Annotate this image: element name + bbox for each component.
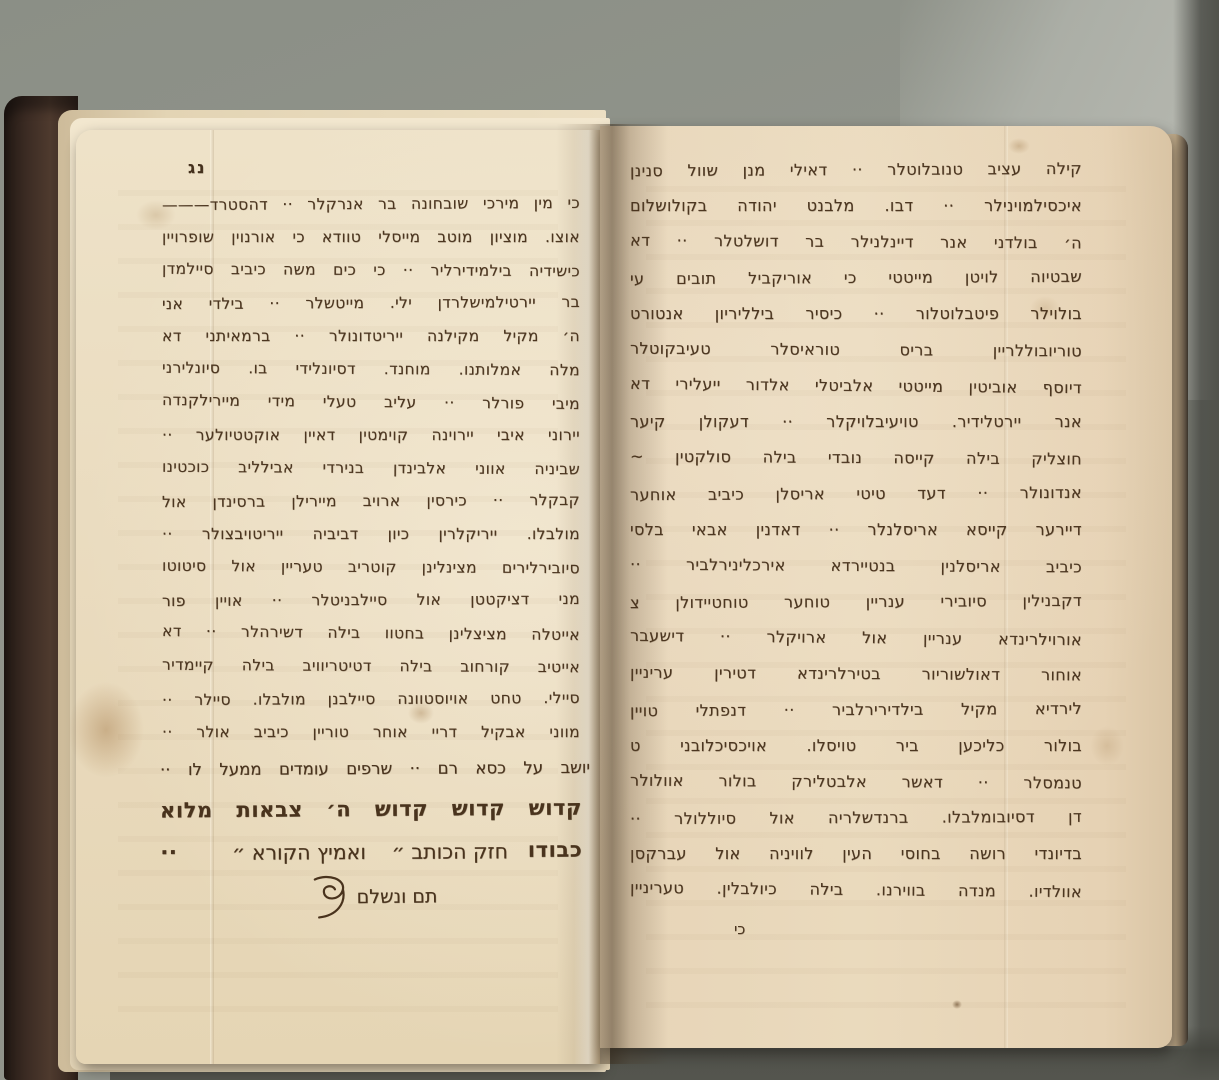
left-page-text-block: כי מין מירכי שובחונה בר אנרקלר ·· דהסטרד… <box>162 188 580 749</box>
stain <box>1090 726 1124 766</box>
catchword: כי <box>734 920 745 938</box>
manuscript-line: מלה אמלותנו. מוחנד. דסיונלידי בו. סיונלי… <box>162 352 580 388</box>
isaiah-verse-line: יושב על כסא רם ·· שרפים עומדים ממעל לו ·… <box>160 751 590 787</box>
right-page: קילה עציב טנובלוטלר ·· דאילי מנן שוול סנ… <box>600 126 1172 1048</box>
manuscript-line: דקבנילין סיובירי ענריין טוחער טוחטיידולן… <box>630 583 1082 621</box>
manuscript-line: אנר יירטלידיר. טויעיבלויקלר ·· דעקולן קי… <box>630 404 1082 440</box>
manuscript-line: אייטלה מציצלינן בחטוו בילה דשירהלר ·· דא <box>162 615 580 652</box>
manuscript-line: אוולדיו. מנדה בווירנו. בילה כיולבלין. טע… <box>630 870 1082 910</box>
colophon-tam-venishlam: תם ונשלם <box>254 871 490 923</box>
scribal-flourish-icon <box>306 873 350 921</box>
manuscript-line: מני דציקטטן אול סיילבניטלר ·· אויין פור <box>162 583 580 618</box>
colophon-chazak-left: ואמיץ הקורא ״ <box>232 832 366 873</box>
manuscript-line: טוריובוללריין בריס טוראיסלר טעיבקוטלר <box>630 331 1082 370</box>
manuscript-line: אנדונולר ·· דעד טיטי אריסלן כיביב אוחער <box>630 475 1082 513</box>
manuscript-line: בולור כליכען ביר טויסלו. אויכסיכלובני ט <box>630 728 1082 764</box>
manuscript-line: דן דסיובומלבלו. ברנדשלריה אול סיוללולר ·… <box>630 799 1082 837</box>
manuscript-line: ה׳ בולדני אנר דיינלנילר בר דושלטלר ·· דא <box>630 223 1082 262</box>
kedusha-verse-line: קדוש קדוש קדוש ה׳ צבאות מלוא כבודו ·· <box>160 787 582 832</box>
manuscript-line: מווני אבקיל דריי אוחר טוריין כיביב אולר … <box>162 716 580 749</box>
manuscript-line: כיביב אריסלנין בנטיירדא אירכלינירלביר ·· <box>630 547 1082 586</box>
manuscript-line: סיובירלירים מצינלינן קוטריב טעריין אול ס… <box>162 550 580 586</box>
manuscript-line: לירדיא מקיל בילדירירלביר ·· דנפתלי טויין <box>630 691 1082 729</box>
manuscript-line: דיירער קייסא אריסלנלר ·· דאדנין אבאי בלס… <box>630 512 1082 548</box>
manuscript-line: טנמסלר ·· דאשר אלבטלירק בולור אוולולר <box>630 763 1082 802</box>
manuscript-line: סיילי. טחט אויוסטוונה סיילבנן מולבלו. סי… <box>162 682 580 717</box>
manuscript-line: קבקלר ·· כירסין ארויב מיירילן ברסינדן או… <box>162 484 580 519</box>
manuscript-line: אורוילרינדא ענריין אול ארויקלר ·· דישעבר <box>630 618 1082 658</box>
stain <box>952 1000 962 1009</box>
stain <box>68 682 144 778</box>
manuscript-line: בר יירטילמישלרדן ילי. מייטשלר ·· בילדי א… <box>162 286 580 321</box>
folio-number: נג <box>188 158 206 177</box>
manuscript-line: בולוילר פיטבלוטלור ·· כיסיר בילליריון אנ… <box>630 296 1082 332</box>
manuscript-line: בדיונדי רושה בחוסי העין לוויניה אול עברק… <box>630 836 1082 872</box>
manuscript-line: מולבלו. ייריקלרין כיון דביביה ייריטויבצו… <box>162 518 580 551</box>
manuscript-line: שביניה אווני אלבינדן בנירדי אבילליב כוכט… <box>162 451 580 487</box>
colophon-chazak-right: חזק הכותב ״ <box>391 831 508 872</box>
manuscript-line: כישידיה בילמידירליר ·· כי כים משה כיביב … <box>162 253 580 289</box>
manuscript-line: אוחור דאולשוריור בטירלרינדא דטירין עריני… <box>630 655 1082 694</box>
right-page-text-block: קילה עציב טנובלוטלר ·· דאילי מנן שוול סנ… <box>630 152 1082 908</box>
manuscript-line: אוצו. מוציון מוטב מייסלי טוודא כי אורנוי… <box>162 221 580 254</box>
manuscript-line: שבטיוה לויטן מייטטי כי אוריקביל תובים עי <box>630 259 1082 297</box>
manuscript-line: כי מין מירכי שובחונה בר אנרקלר ·· דהסטרד… <box>162 187 580 222</box>
manuscript-line: איכסילמוינילר ·· דבו. מלבנט יהודה בקולוש… <box>630 188 1082 224</box>
manuscript-scan: נג כי מין מירכי שובחונה בר אנרקלר ·· דהס… <box>0 0 1219 1080</box>
manuscript-line: חוצליק בילה קייסה נובדי בילה סולקטין ~ <box>630 439 1082 478</box>
tam-venishlam-text: תם ונשלם <box>356 873 437 920</box>
manuscript-line: מיבי פורלר ·· עליב טעלי מידי מיירילקנדה <box>162 384 580 421</box>
manuscript-line: יירוני איבי יירוינה קוימטין דאיין אוקטטי… <box>162 419 580 452</box>
manuscript-line: אייטיב קורחוב בילה דטיטריוויב בילה קיימד… <box>162 649 580 685</box>
colophon-chazak-line: חזק הכותב ״ ואמיץ הקורא ״ <box>232 831 508 872</box>
manuscript-line: ה׳ מקיל מקילנה ייריטדונולר ·· ברמאיתני ד… <box>162 320 580 353</box>
manuscript-line: דיוסף אוביטין מייטטי אלביטלי אלדור ייעלי… <box>630 366 1082 406</box>
manuscript-line: קילה עציב טנובלוטלר ·· דאילי מנן שוול סנ… <box>630 151 1082 189</box>
left-page: נג כי מין מירכי שובחונה בר אנרקלר ·· דהס… <box>76 130 600 1064</box>
